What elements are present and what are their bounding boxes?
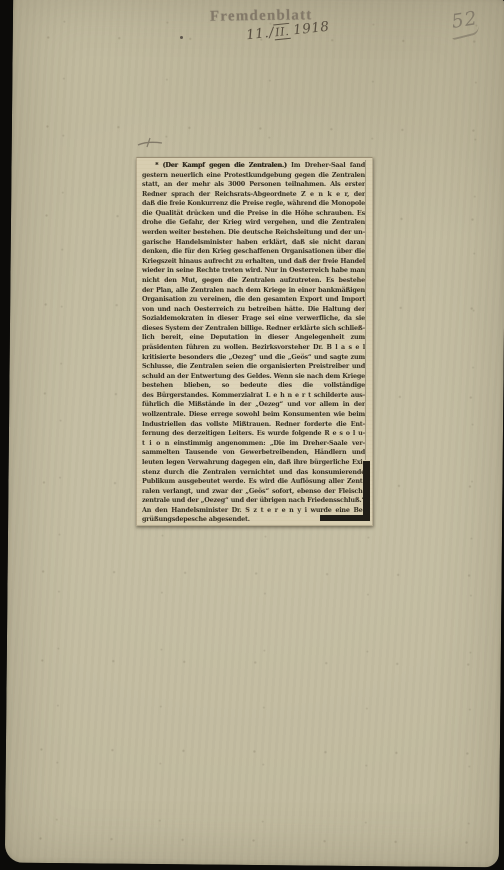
clipping-text-line: führlich die Mißstände in der „Oezeg“ un… (142, 400, 365, 410)
clipping-text-line: zentrale und der „Oezeg“ und der übrigen… (142, 496, 365, 506)
clipping-text-line: dieses System der Zentralen billige. Red… (142, 324, 365, 334)
clipping-text-line: werden weiter bestehen. Die deutsche Rei… (142, 228, 365, 238)
clipping-text-line: sammelten Tausende von Gewerbetreibenden… (142, 448, 365, 458)
clipping-text-line: präsidenten führen zu wollen. Bezirksvor… (142, 343, 365, 353)
clipping-text-line: drohe die Gefahr, der Krieg wird vergehe… (142, 218, 365, 228)
folio-number: 52 (450, 7, 480, 39)
clipping-text-line: nicht den Mut, gegen die Zentralen aufzu… (142, 276, 365, 286)
clipping-text-line: Redner sprach der Reichsrats-Abgeordnete… (142, 190, 365, 200)
clipping-text-line: garische Handelsminister haben erklärt, … (142, 238, 365, 248)
clipping-text-line: Industriellen das vollste Mißtrauen. Red… (142, 420, 365, 430)
clipping-text-line: denken, die für den Krieg geschaffenen O… (142, 247, 365, 257)
clipping-text-line: kritisierte besonders die „Oezeg“ und di… (142, 353, 365, 363)
clipping-text: gestern neuerlich eine Protestkundgebung… (142, 171, 365, 525)
clipping-first-line: * (Der Kampf gegen die Zentralen.) Im Dr… (142, 161, 365, 171)
handwritten-date-month: II. (273, 23, 291, 41)
newspaper-clipping: * (Der Kampf gegen die Zentralen.) Im Dr… (136, 157, 373, 526)
handwritten-date-day: 11./ (245, 24, 275, 43)
scan-background: Fremdenblatt 11./II.1918 52 * (Der Kampf… (0, 0, 504, 870)
clipping-text-line: fernung des derzeitigen Leiters. Es wurd… (142, 429, 365, 439)
pencil-mark (137, 134, 164, 153)
pencil-mark-icon (137, 136, 164, 149)
clipping-text-line: t i o n einstimmig angenommen: „Die im D… (142, 439, 365, 449)
clipping-text-line: gestern neuerlich eine Protestkundgebung… (142, 171, 365, 181)
clipping-text-line: daß die freie Konkurrenz die Preise regl… (142, 199, 365, 209)
clipping-first-line-text: Im Dreher-Saal fand (287, 161, 365, 169)
clipping-text-line: Organisation zu vereinen, die den gesamt… (142, 295, 365, 305)
clipping-text-line: An den Handelsminister Dr. S z t e r e n… (142, 506, 365, 516)
clipping-text-line: schuld an der Entwertung des Geldes. Wen… (142, 372, 365, 382)
clipping-text-line: Publikum ausgebeutet werde. Es wird die … (142, 477, 365, 487)
clipping-text-line: wieder in seine Rechte treten wird. Nur … (142, 266, 365, 276)
clipping-text-line: der Plan, alle Zentralen nach dem Kriege… (142, 286, 365, 296)
printers-rule-vertical (363, 461, 370, 521)
clipping-text-line: des Bürgerstandes. Kommerzialrat L e h n… (142, 391, 365, 401)
clipping-text-line: Schlusse, die Zentralen seien die organi… (142, 362, 365, 372)
clipping-text-line: Sozialdemokraten in dieser Frage sei ein… (142, 314, 365, 324)
clipping-text-line: bestehen blieben, so bedeute dies die vo… (142, 381, 365, 391)
clipping-text-line: lich bereit, eine Deputation in dieser A… (142, 333, 365, 343)
clipping-text-line: ralen verlangt, und zwar der „Geös“ sofo… (142, 487, 365, 497)
printers-rule-foot (320, 515, 370, 521)
clipping-text-line: die Qualität drücken und die Preise in d… (142, 209, 365, 219)
clipping-text-line: Kriegszeit hinaus aufrecht zu erhalten, … (142, 257, 365, 267)
clipping-text-line: wollzentrale. Diese errege sowohl beim K… (142, 410, 365, 420)
clipping-heading: * (Der Kampf gegen die Zentralen.) (155, 161, 287, 169)
clipping-text-line: leuten legen Verwahrung dagegen ein, daß… (142, 458, 365, 468)
clipping-text-line: statt, an der mehr als 3000 Personen tei… (142, 180, 365, 190)
clipping-text-line: stenz durch die Zentralen vernichtet und… (142, 468, 365, 478)
ink-speck (180, 36, 183, 39)
column-rule (365, 160, 366, 460)
clipping-text-line: von und nach Oesterreich zu betreiben hä… (142, 305, 365, 315)
